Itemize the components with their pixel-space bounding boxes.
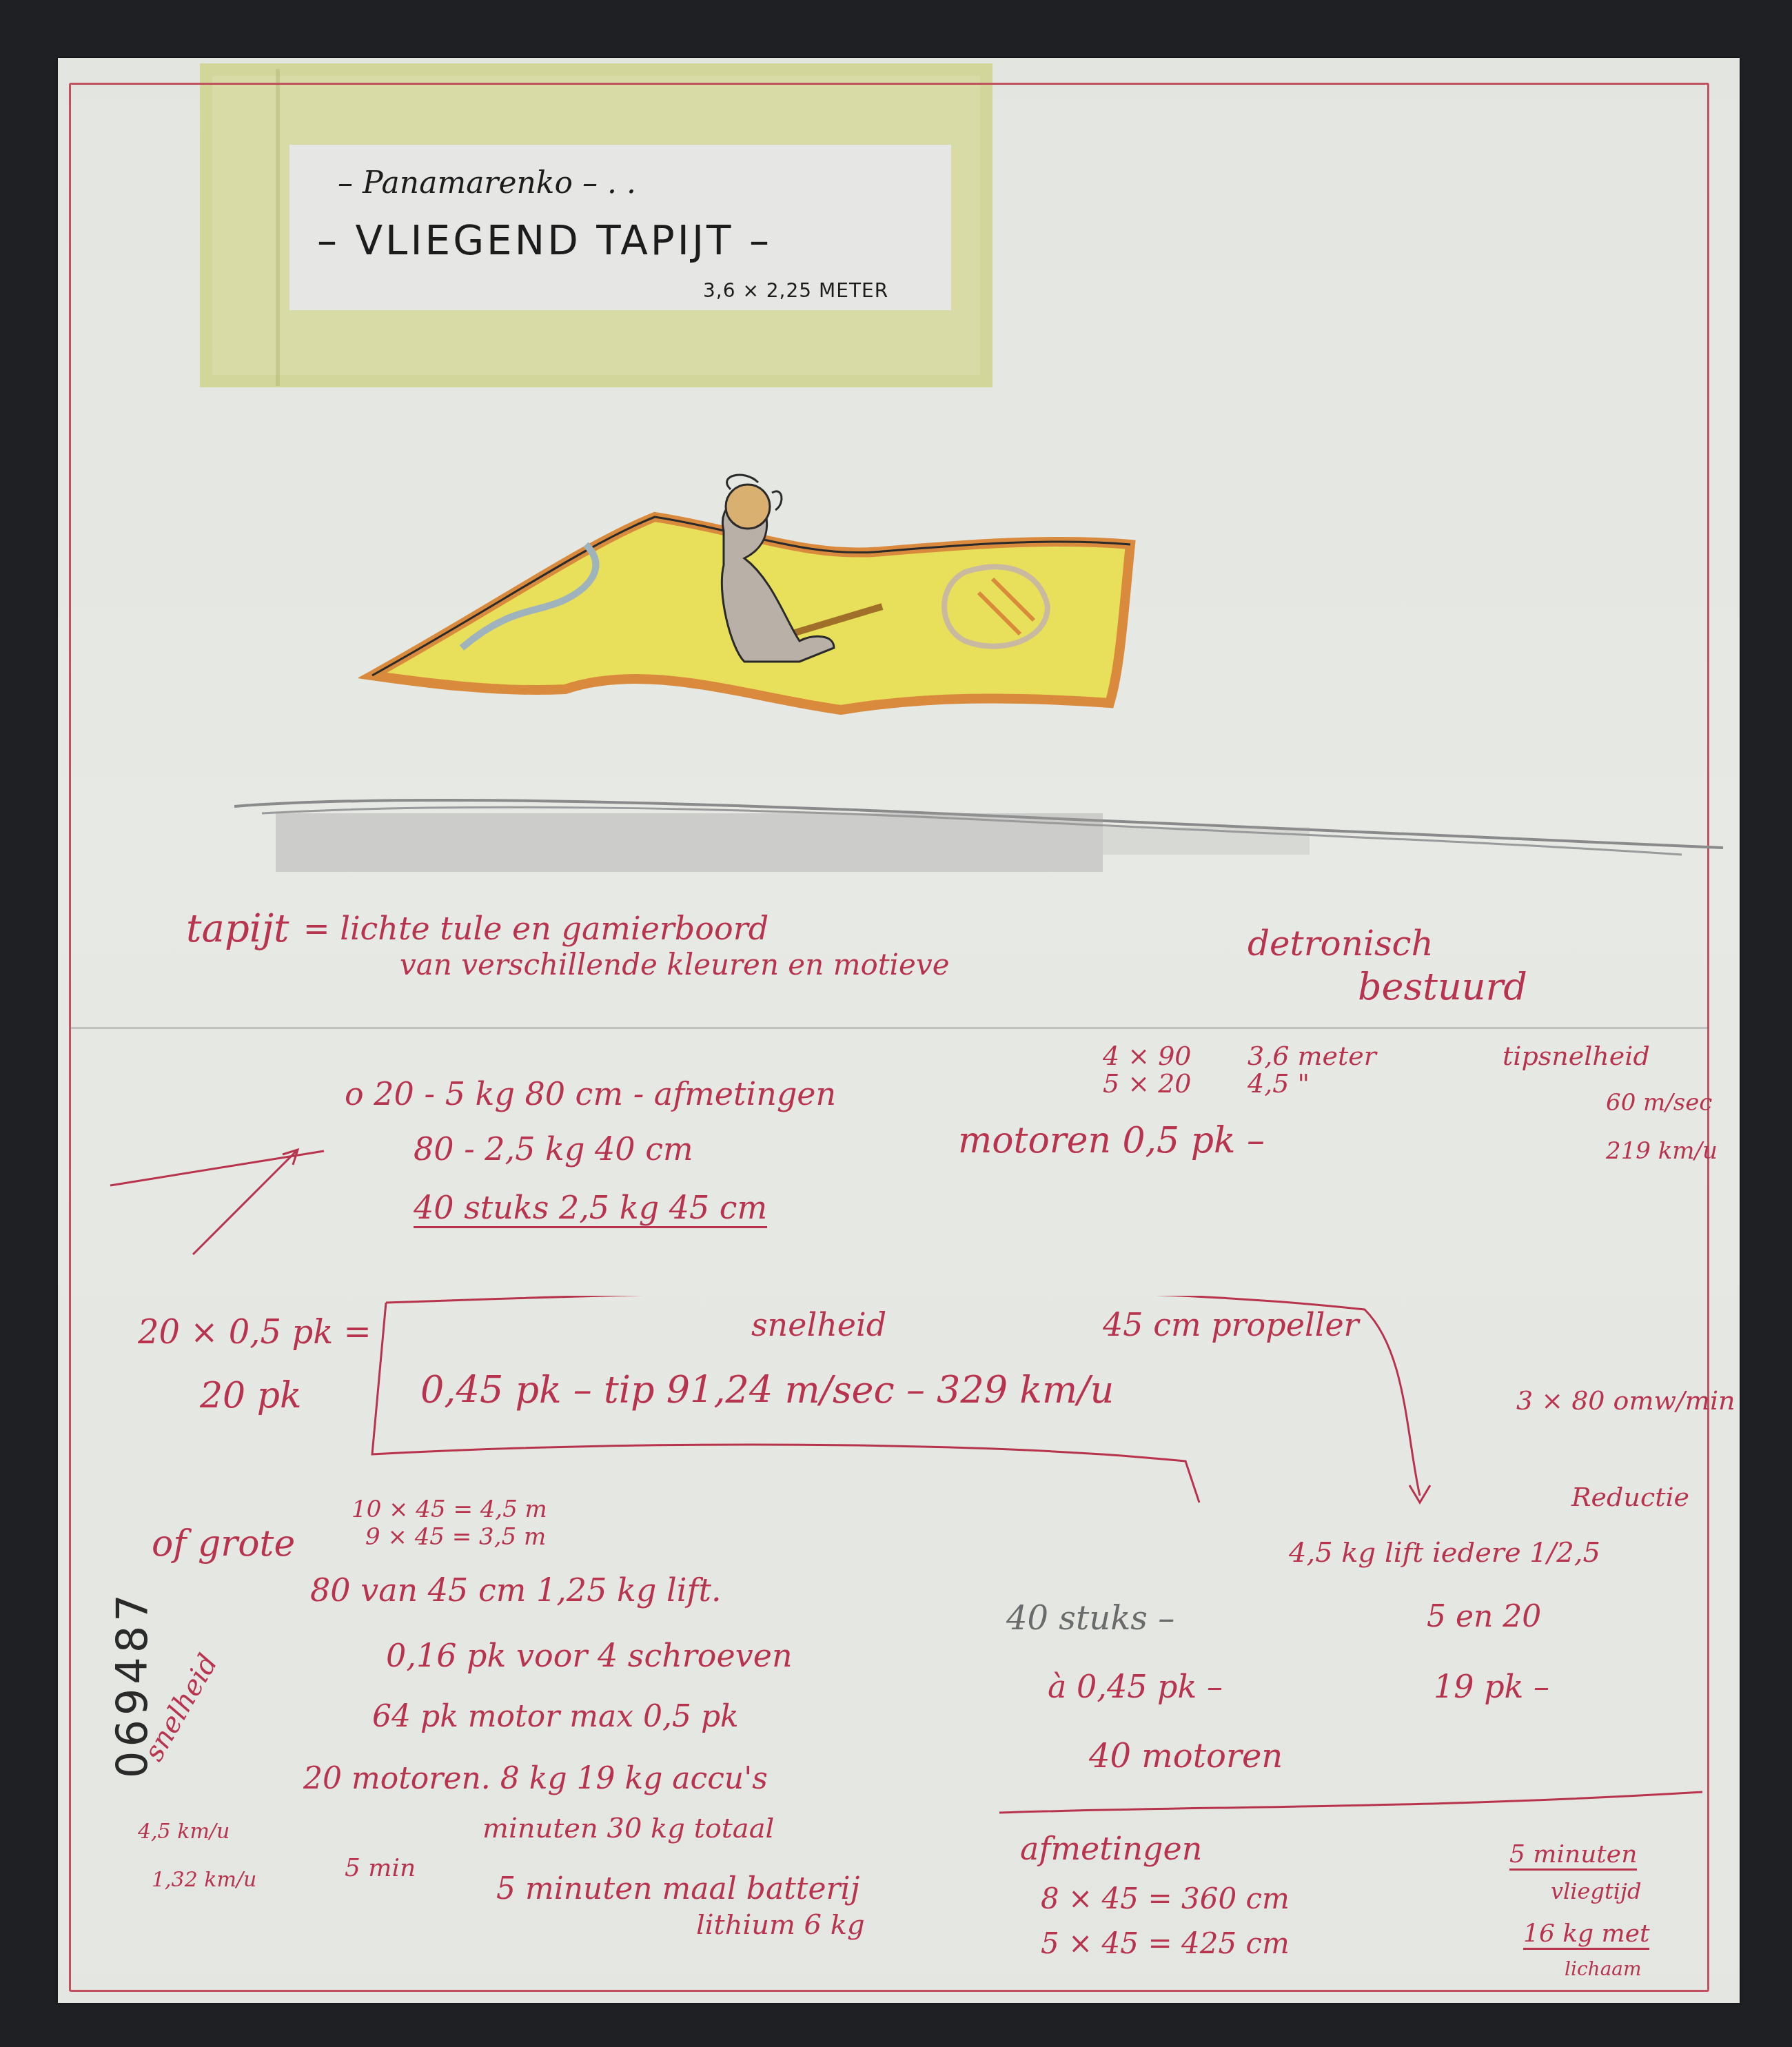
note-b3-stuks: 40 stuks – — [1006, 1599, 1174, 1638]
note-b3-r7: 5 minuten maal batterij — [496, 1871, 859, 1906]
note-b1-r3: 40 stuks 2,5 kg 45 cm — [414, 1189, 767, 1228]
note-b3-motors40: 40 motoren — [1089, 1737, 1283, 1775]
note-b3-grote-a: 10 × 45 = 4,5 m — [352, 1496, 547, 1523]
paper-fold-line — [69, 1027, 1709, 1029]
note-b1-motors: motoren 0,5 pk – — [958, 1120, 1265, 1161]
note-line1: = lichte tule en gamierboord — [303, 910, 768, 947]
note-b4-flight-4: lichaam — [1565, 1957, 1642, 1980]
note-tapijt-label: tapijt — [186, 906, 289, 951]
note-b3-stuks-dims: 5 en 20 — [1427, 1599, 1541, 1634]
note-b1-tip-kmh: 219 km/u — [1606, 1137, 1718, 1165]
note-b3-grote-b: 9 × 45 = 3,5 m — [365, 1523, 546, 1551]
note-b2-rpm: 3 × 80 omw/min — [1516, 1385, 1735, 1416]
note-b4-flight-2: vliegtijd — [1551, 1878, 1641, 1904]
note-b3-grote-label: of grote — [152, 1523, 295, 1565]
note-b4-row2: 5 × 45 = 425 cm — [1041, 1926, 1290, 1960]
note-b4-flight-3: 16 kg met — [1523, 1919, 1649, 1950]
note-b3-speed-b: 1,32 km/u — [152, 1868, 256, 1892]
note-steering-1: detronisch — [1248, 924, 1434, 964]
note-line2: van verschillende kleuren en motieve — [400, 948, 950, 981]
note-b3-a-pk: à 0,45 pk – — [1048, 1668, 1223, 1705]
note-b1-meter-b: 4,5 " — [1248, 1068, 1310, 1099]
note-b1-tip-speed: 60 m/sec — [1606, 1089, 1712, 1117]
note-b1-tip-label: tipsnelheid — [1503, 1041, 1650, 1071]
note-b3-pk-total: 19 pk – — [1434, 1668, 1549, 1705]
note-b3-r5: minuten 30 kg totaal — [482, 1813, 774, 1844]
note-b3-r3: 64 pk motor max 0,5 pk — [372, 1699, 739, 1734]
note-b1-r2: 80 - 2,5 kg 40 cm — [414, 1130, 693, 1168]
note-b2-calc-b: 20 pk — [200, 1375, 302, 1416]
flying-carpet-illustration — [358, 441, 1172, 717]
note-b3-speed-a: 4,5 km/u — [138, 1820, 230, 1844]
note-b3-r2: 0,16 pk voor 4 schroeven — [386, 1637, 793, 1674]
note-b1-meter-a: 3,6 meter — [1248, 1041, 1376, 1071]
note-b1-dims-a: 4 × 90 — [1103, 1041, 1192, 1071]
red-drawn-frame — [69, 83, 1709, 1992]
note-b4-flight-1: 5 minuten — [1509, 1840, 1637, 1871]
note-b3-r8: lithium 6 kg — [696, 1909, 865, 1941]
note-b3-r6: 5 min — [345, 1854, 416, 1882]
note-b2-calc-a: 20 × 0,5 pk = — [138, 1313, 371, 1352]
note-steering-2: bestuurd — [1358, 965, 1527, 1008]
divider-line — [999, 1785, 1716, 1820]
arrow-icon — [103, 1123, 331, 1261]
note-b4-label: afmetingen — [1020, 1830, 1202, 1867]
note-b1-dims-b: 5 × 20 — [1103, 1068, 1192, 1099]
note-b3-r4: 20 motoren. 8 kg 19 kg accu's — [303, 1761, 768, 1796]
note-b3-r1: 80 van 45 cm 1,25 kg lift. — [310, 1571, 722, 1609]
note-b1-r1: o 20 - 5 kg 80 cm - afmetingen — [345, 1075, 836, 1112]
note-b2-reduction: Reductie — [1571, 1482, 1689, 1512]
pencil-cloud-drawing — [234, 793, 1723, 875]
note-b4-row1: 8 × 45 = 360 cm — [1041, 1882, 1290, 1915]
